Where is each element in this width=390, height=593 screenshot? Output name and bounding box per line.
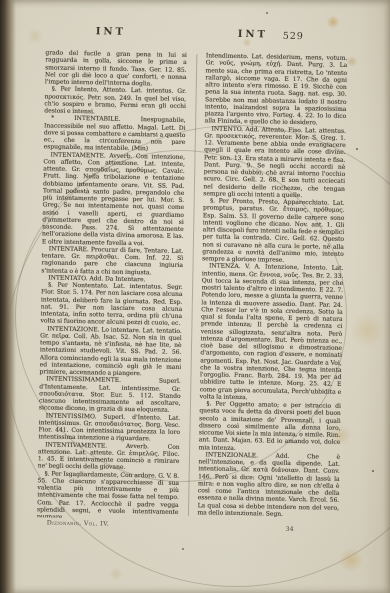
foxing-stain xyxy=(242,38,252,47)
foxing-stain xyxy=(352,310,382,350)
paragraph: INTENTISSIMO. Superl. d'Intento. Lat. in… xyxy=(38,412,180,444)
page-content: INT INT 529 grado del fucile a gran pena… xyxy=(0,0,390,593)
foxing-stain xyxy=(108,568,124,580)
foxing-stain xyxy=(26,28,44,44)
ink-speck xyxy=(266,12,268,14)
foxing-stain xyxy=(338,548,364,572)
paragraph: §. Per Intento, Attento. Lat. intentus. … xyxy=(44,86,186,118)
foxing-stain xyxy=(330,425,352,445)
paragraph: §. Per Nontentato. Lat. intentatus. Segr… xyxy=(40,281,182,327)
page-number: 529 xyxy=(283,31,304,42)
signature-mark: 34 xyxy=(286,526,294,533)
paragraph: §. Per Oggetto amato; e per istraccio di… xyxy=(199,400,341,453)
left-column: grado del fucile a gran pena in lui si r… xyxy=(37,49,187,520)
scanned-book-page: INT INT 529 grado del fucile a gran pena… xyxy=(0,0,390,593)
volume-label: Dizionario. Vol. IV. xyxy=(47,519,110,527)
paragraph: INTENZA. V. A. Intenzione, Intento. Lat.… xyxy=(200,263,344,403)
paragraph: grado del fucile a gran pena in lui si r… xyxy=(45,49,187,88)
ink-speck xyxy=(356,148,358,150)
paragraph: Intendimento. Lat. desiderium, mens, vot… xyxy=(205,52,348,127)
paragraph: INTENTARE. Procurar di fare, Tentare. La… xyxy=(41,245,183,277)
paragraph: INTENTISSIMAMENTE. Superl. d'Intentament… xyxy=(39,376,181,415)
book-gutter-shadow xyxy=(0,0,16,593)
paragraph: INTENZIONALE. Add. Che è nell'intenzione… xyxy=(197,451,340,519)
paragraph: INTENTAMENTE. Avverb. Con intenzione, Co… xyxy=(42,151,185,248)
paragraph: INTENTAZIONE. Lo intentare. Lat. tentati… xyxy=(39,325,181,378)
paragraph: * INTENTABILE. Inespugnabile, Inaccessib… xyxy=(44,115,186,154)
paragraph: §. Per Pronto, Presto, Apparecchiato. La… xyxy=(202,197,345,265)
column-rule xyxy=(187,54,196,516)
text-columns: grado del fucile a gran pena in lui si r… xyxy=(37,49,348,522)
foxing-stain xyxy=(290,240,306,254)
ink-speck xyxy=(372,470,374,472)
right-column: Intendimento. Lat. desiderium, mens, vot… xyxy=(197,52,347,523)
ink-speck xyxy=(182,548,184,550)
foxing-stain xyxy=(326,16,340,28)
paragraph: INTENTIVAMENTE. Avverb. Con attenzione. … xyxy=(38,441,180,473)
paragraph: INTENTO. Add. Attento, Fiso. Lat. attent… xyxy=(203,125,346,200)
paragraph: §. Per Isgagliardamente, Con ardore. G. … xyxy=(37,470,179,520)
foxing-stain xyxy=(346,56,358,67)
running-title-left: INT xyxy=(96,26,126,38)
